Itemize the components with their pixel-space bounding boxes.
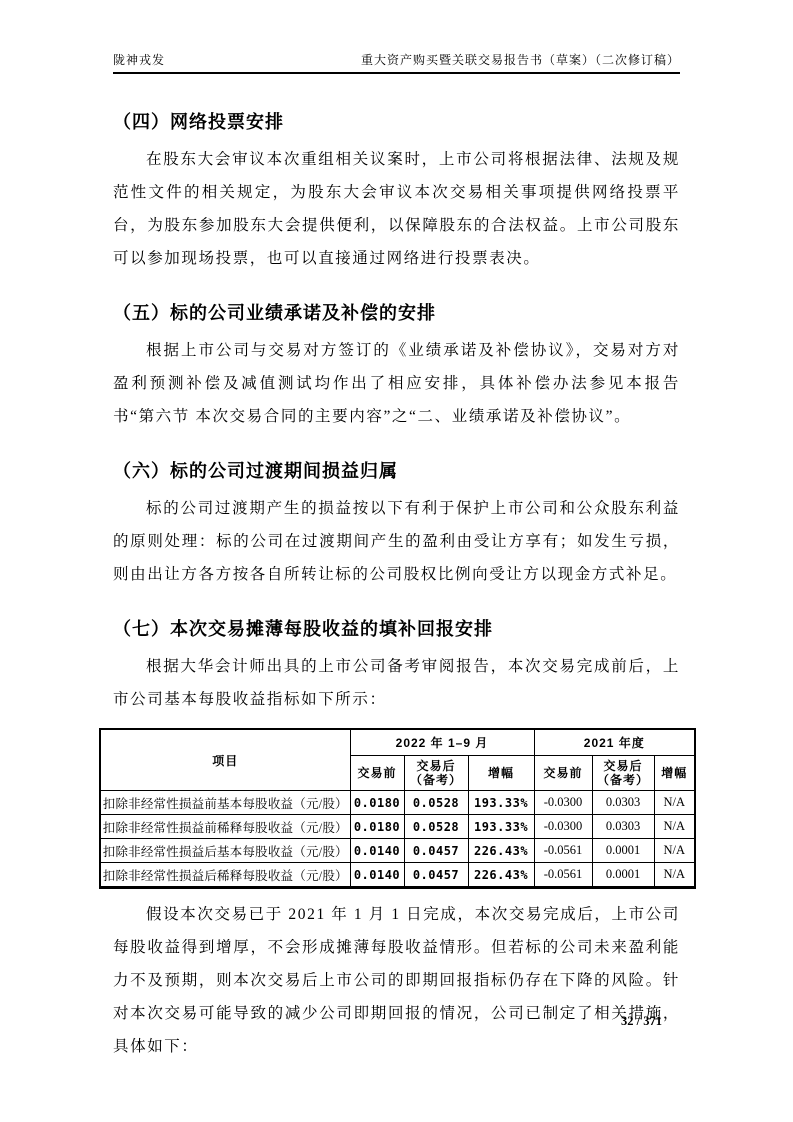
subheader-pre-2022: 交易前 (350, 756, 404, 791)
subheader-post-2022: 交易后 （备考） (404, 756, 468, 791)
document-page: 陇神戎发 重大资产购买暨关联交易报告书（草案）（二次修订稿） （四）网络投票安排… (0, 0, 793, 1122)
section-heading-7: （七）本次交易摊薄每股收益的填补回报安排 (113, 617, 680, 641)
cell-value: N/A (654, 815, 695, 839)
eps-comparison-table: 项目 2022 年 1–9 月 2021 年度 交易前 交易后 （备考） 增幅 … (99, 728, 696, 889)
header-company-name: 陇神戎发 (113, 51, 165, 68)
cell-value: N/A (654, 791, 695, 815)
row-label: 扣除非经常性损益前基本每股收益（元/股） (100, 791, 350, 815)
cell-value: 0.0303 (592, 815, 654, 839)
row-label: 扣除非经常性损益后稀释每股收益（元/股） (100, 863, 350, 888)
subheader-post-2021: 交易后 （备考） (592, 756, 654, 791)
subheader-change-2022: 增幅 (468, 756, 534, 791)
running-header: 陇神戎发 重大资产购买暨关联交易报告书（草案）（二次修订稿） (113, 0, 680, 74)
section-heading-5: （五）标的公司业绩承诺及补偿的安排 (113, 301, 680, 325)
cell-value: -0.0561 (534, 863, 592, 888)
cell-value: 0.0303 (592, 791, 654, 815)
cell-value: 0.0528 (404, 791, 468, 815)
table-item-header: 项目 (100, 729, 350, 791)
cell-value: 0.0001 (592, 863, 654, 888)
closing-paragraph: 假设本次交易已于 2021 年 1 月 1 日完成，本次交易完成后，上市公司每股… (113, 898, 680, 1063)
table-row: 扣除非经常性损益前稀释每股收益（元/股） 0.0180 0.0528 193.3… (100, 815, 695, 839)
cell-value: 0.0180 (350, 791, 404, 815)
cell-value: 0.0180 (350, 815, 404, 839)
row-label: 扣除非经常性损益前稀释每股收益（元/股） (100, 815, 350, 839)
subheader-change-2021: 增幅 (654, 756, 695, 791)
section-5-paragraph: 根据上市公司与交易对方签订的《业绩承诺及补偿协议》，交易对方对盈利预测补偿及减值… (113, 334, 680, 433)
cell-value: 193.33% (468, 815, 534, 839)
table-row: 扣除非经常性损益后稀释每股收益（元/股） 0.0140 0.0457 226.4… (100, 863, 695, 888)
table-period-2021: 2021 年度 (534, 729, 695, 756)
cell-value: 0.0140 (350, 839, 404, 863)
section-heading-6: （六）标的公司过渡期间损益归属 (113, 459, 680, 483)
subheader-pre-2021: 交易前 (534, 756, 592, 791)
cell-value: 0.0528 (404, 815, 468, 839)
table-row: 扣除非经常性损益后基本每股收益（元/股） 0.0140 0.0457 226.4… (100, 839, 695, 863)
cell-value: -0.0300 (534, 791, 592, 815)
header-document-title: 重大资产购买暨关联交易报告书（草案）（二次修订稿） (361, 51, 680, 68)
table-period-2022: 2022 年 1–9 月 (350, 729, 534, 756)
cell-value: N/A (654, 863, 695, 888)
cell-value: 0.0457 (404, 839, 468, 863)
page-content: 陇神戎发 重大资产购买暨关联交易报告书（草案）（二次修订稿） （四）网络投票安排… (113, 0, 680, 1063)
cell-value: -0.0561 (534, 839, 592, 863)
cell-value: 0.0001 (592, 839, 654, 863)
section-4-paragraph: 在股东大会审议本次重组相关议案时，上市公司将根据法律、法规及规范性文件的相关规定… (113, 143, 680, 275)
cell-value: -0.0300 (534, 815, 592, 839)
page-number: 32 / 371 (0, 1014, 662, 1029)
section-heading-4: （四）网络投票安排 (113, 110, 680, 134)
table-group-header-row: 项目 2022 年 1–9 月 2021 年度 (100, 729, 695, 756)
cell-value: 0.0457 (404, 863, 468, 888)
cell-value: 0.0140 (350, 863, 404, 888)
section-6-paragraph: 标的公司过渡期产生的损益按以下有利于保护上市公司和公众股东利益的原则处理：标的公… (113, 492, 680, 591)
cell-value: 226.43% (468, 863, 534, 888)
section-7-paragraph: 根据大华会计师出具的上市公司备考审阅报告，本次交易完成前后，上市公司基本每股收益… (113, 650, 680, 716)
cell-value: 193.33% (468, 791, 534, 815)
cell-value: 226.43% (468, 839, 534, 863)
cell-value: N/A (654, 839, 695, 863)
table-row: 扣除非经常性损益前基本每股收益（元/股） 0.0180 0.0528 193.3… (100, 791, 695, 815)
row-label: 扣除非经常性损益后基本每股收益（元/股） (100, 839, 350, 863)
